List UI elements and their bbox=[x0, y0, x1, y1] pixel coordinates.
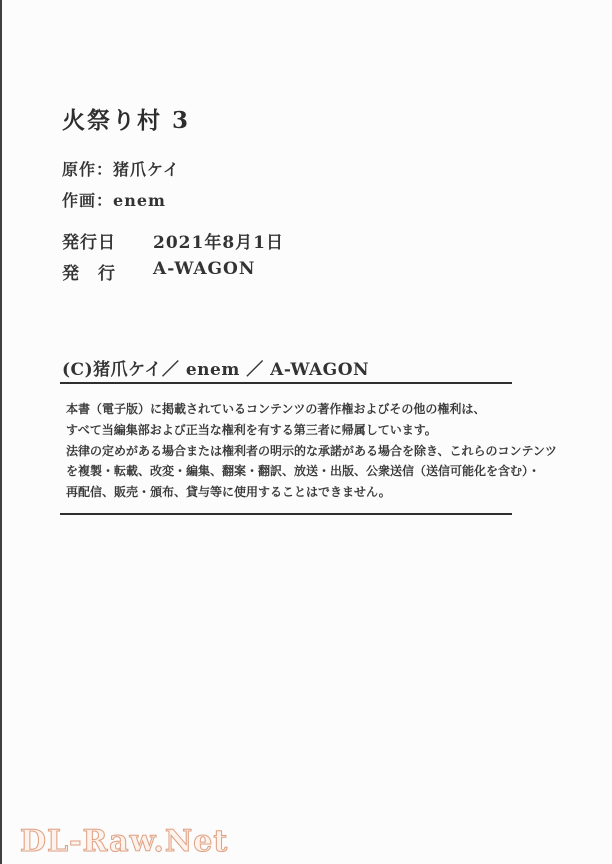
book-title: 火祭り村 3 bbox=[62, 102, 190, 135]
credit-original-value: 猪爪ケイ bbox=[113, 160, 180, 179]
publication-date-label: 発行日 bbox=[62, 228, 153, 253]
credit-original-label: 原作： bbox=[62, 160, 113, 179]
credit-artist: 作画：enem bbox=[62, 188, 166, 211]
scan-edge-line bbox=[0, 0, 2, 864]
rights-notice-line: すべて当編集部および正当な権利を有する第三者に帰属しています。 bbox=[66, 420, 586, 441]
copyright-line: (C)猪爪ケイ／ enem ／ A-WAGON bbox=[62, 355, 369, 380]
notice-bottom-rule bbox=[60, 513, 512, 515]
rights-notice-line: 法律の定めがある場合または権利者の明示的な承諾がある場合を除き、これらのコンテン… bbox=[66, 441, 586, 462]
rights-notice-line: 再配信、販売・頒布、貸与等に使用することはできません。 bbox=[66, 482, 586, 503]
rights-notice: 本書（電子版）に掲載されているコンテンツの著作権およびその他の権利は、 すべて当… bbox=[66, 399, 586, 503]
manga-colophon-page: 火祭り村 3 原作：猪爪ケイ 作画：enem 発行日 2021年8月1日 発 行… bbox=[0, 0, 612, 864]
publisher-value: A-WAGON bbox=[153, 259, 255, 284]
publisher-label: 発 行 bbox=[62, 259, 153, 284]
notice-top-rule bbox=[60, 382, 512, 384]
publication-date-row: 発行日 2021年8月1日 bbox=[62, 228, 284, 253]
credit-original-work: 原作：猪爪ケイ bbox=[62, 157, 180, 180]
site-watermark: DL-Raw.Net bbox=[20, 824, 228, 859]
credit-artist-value: enem bbox=[113, 191, 166, 210]
credit-artist-label: 作画： bbox=[62, 191, 113, 210]
publication-date-value: 2021年8月1日 bbox=[153, 228, 284, 253]
rights-notice-line: を複製・転載、改変・編集、翻案・翻訳、放送・出版、公衆送信（送信可能化を含む）・ bbox=[66, 461, 586, 482]
publisher-row: 発 行 A-WAGON bbox=[62, 259, 255, 284]
rights-notice-line: 本書（電子版）に掲載されているコンテンツの著作権およびその他の権利は、 bbox=[66, 399, 586, 420]
